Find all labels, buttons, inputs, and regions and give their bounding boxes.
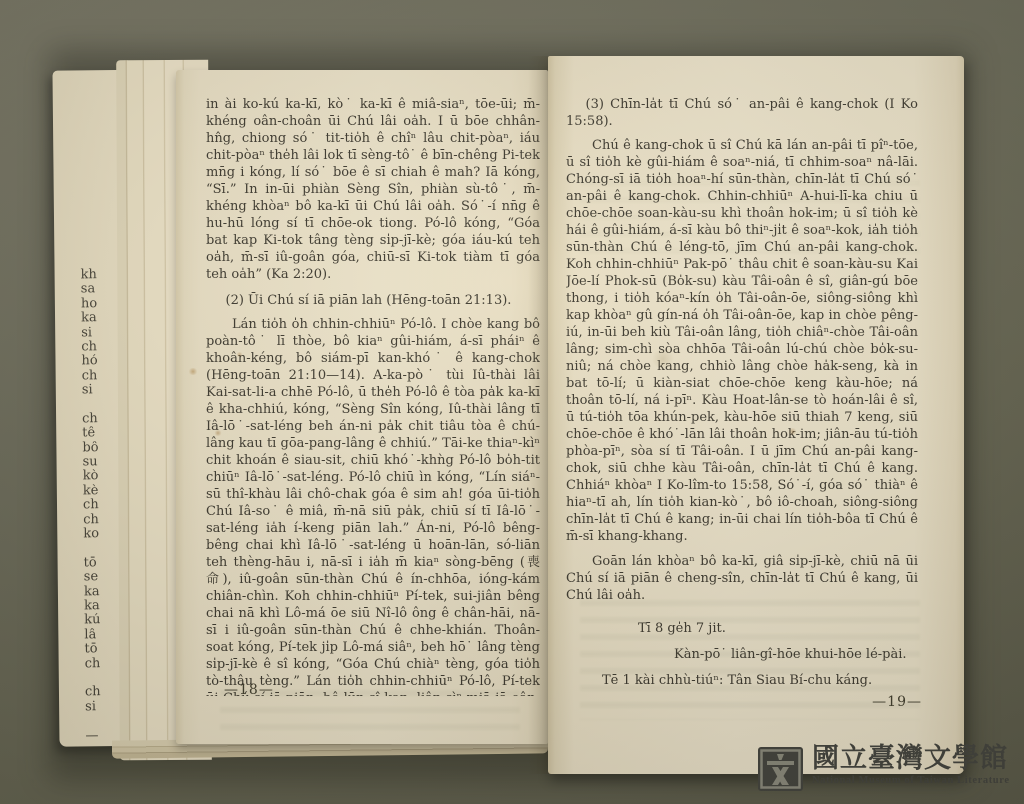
open-book: khsahokasichhóchsichtêbôsukòkèchchkotōse… [0, 0, 1024, 804]
edge-fragment-line [85, 671, 115, 686]
edge-fragment-line: ka [84, 585, 114, 600]
edge-fragment-line [82, 398, 112, 413]
edge-fragment-line: si [85, 700, 115, 715]
edge-fragment-line: ch [83, 498, 113, 513]
edge-fragment-line: bô [82, 441, 112, 456]
edge-text-fragments: khsahokasichhóchsichtêbôsukòkèchchkotōse… [81, 268, 116, 743]
edge-fragment-line: lâ [84, 628, 114, 643]
edge-fragment-line: se [84, 570, 114, 585]
edge-fragment-line: ch [83, 513, 113, 528]
edge-fragment-line: ka [84, 599, 114, 614]
left-page: in ài ko-kú ka-kī, kò˙ ka-kī ê miâ-siaⁿ,… [176, 70, 548, 744]
edge-fragment-line: ko [83, 527, 113, 542]
edge-fragment-line: si [81, 326, 111, 341]
edge-fragment-line: ka [81, 311, 111, 326]
watermark-text: 國立臺灣文學館 National Museum of Taiwan Litera… [812, 744, 1010, 787]
watermark-latin-title: National Museum of Taiwan Literature [812, 774, 1010, 787]
edge-fragment-line [85, 714, 115, 729]
right-page: (3) Chīn-la̍t tī Chú só˙ an-pâi ê kang-c… [548, 56, 964, 774]
left-body-paragraph: Lán tio̍h o̍h chhin-chhiūⁿ Pó-lô. I chòe… [206, 316, 540, 696]
edge-fragment-line: ho [81, 297, 111, 312]
watermark: 國立臺灣文學館 National Museum of Taiwan Litera… [758, 744, 1024, 804]
nmtl-logo-icon [758, 747, 803, 795]
edge-fragment-line: ch [85, 657, 115, 672]
edge-fragment-line: kú [84, 613, 114, 628]
edge-fragment-line [83, 541, 113, 556]
section-heading-2: (2) Ūi Chú sí iā piān lah (Hēng-toān 21:… [206, 292, 540, 309]
left-continuation-paragraph: in ài ko-kú ka-kī, kò˙ ka-kī ê miâ-siaⁿ,… [206, 96, 540, 283]
edge-fragment-line: tō [84, 556, 114, 571]
section-heading-3: (3) Chīn-la̍t tī Chú só˙ an-pâi ê kang-c… [566, 96, 918, 130]
right-page-text-column: (3) Chīn-la̍t tī Chú só˙ an-pâi ê kang-c… [566, 96, 918, 696]
right-body-paragraph: Chú ê kang-chok ū sî Chú kā lán an-pâi t… [566, 137, 918, 545]
edge-fragment-line: sa [81, 282, 111, 297]
edge-fragment-line: ch [85, 685, 115, 700]
closing-paragraph: Goān lán khòaⁿ bô ka-kī, giâ si̍p-jī-kè,… [566, 553, 918, 604]
edge-fragment-line: su [82, 455, 112, 470]
scanned-book-photo: khsahokasichhóchsichtêbôsukòkèchchkotōse… [0, 0, 1024, 804]
edge-fragment-line: tō [84, 642, 114, 657]
edge-fragment-line: — [85, 729, 115, 744]
chair-line: Tē 1 kài chhù-tiúⁿ: Tân Siau Bí-chu káng… [602, 672, 918, 689]
edge-fragment-line: ch [82, 412, 112, 427]
edge-fragment-line: tê [82, 426, 112, 441]
edge-fragment-line: kh [81, 268, 111, 283]
edge-fragment-line: ch [81, 340, 111, 355]
page-number-19: —19— [872, 694, 922, 710]
edge-fragment-line: ch [82, 369, 112, 384]
edge-fragment-line: si [82, 383, 112, 398]
watermark-cjk-title: 國立臺灣文學館 [812, 744, 1008, 774]
edge-fragment-line: hó [81, 354, 111, 369]
edge-fragment-line: kò [83, 470, 113, 485]
announcement-line: Kàn-pō˙ liân-gî-hōe khui-hōe lé-pài. [674, 646, 918, 663]
page-number-18: —18— [224, 682, 274, 698]
left-page-text-column: in ài ko-kú ka-kī, kò˙ ka-kī ê miâ-siaⁿ,… [206, 96, 540, 696]
edge-fragment-line: kè [83, 484, 113, 499]
date-line: Tī 8 ge̍h 7 jit. [638, 620, 918, 637]
